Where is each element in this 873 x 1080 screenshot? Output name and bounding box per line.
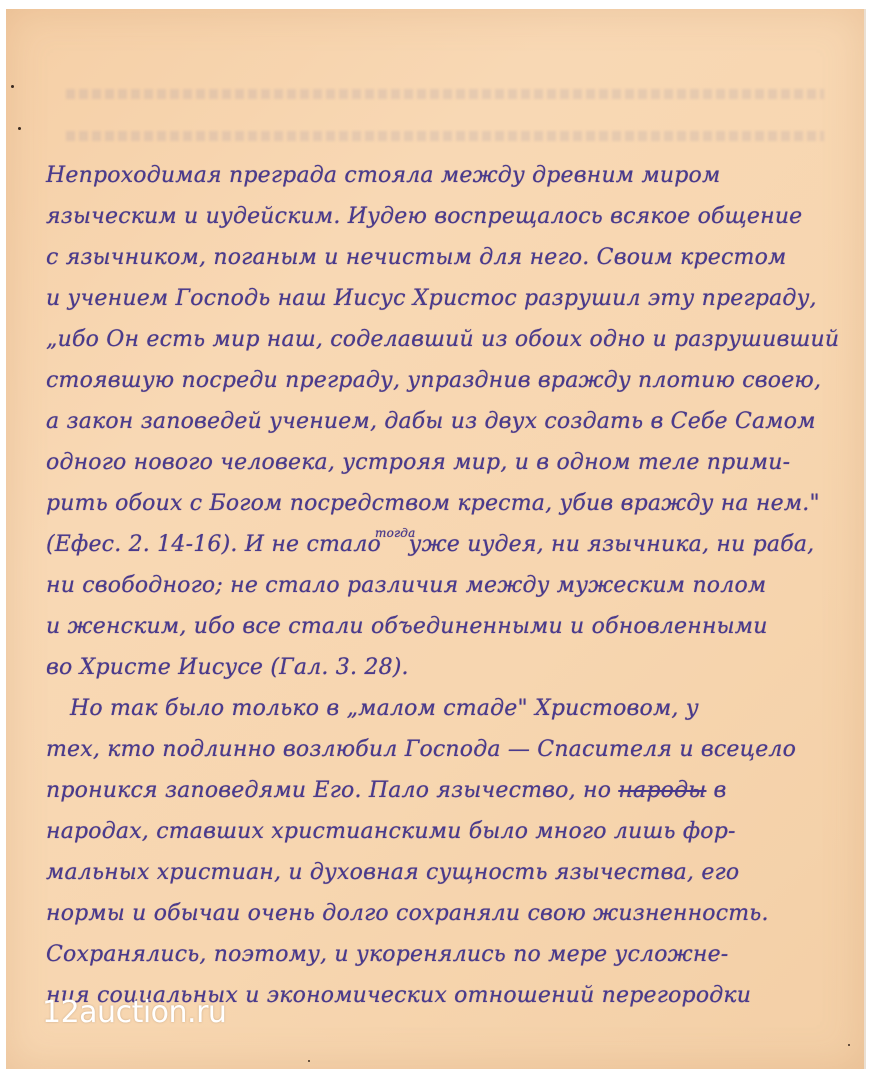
text-line: с язычником, поганым и нечистым для него…	[46, 237, 856, 278]
text-segment: уже иудея, ни язычника, ни раба,	[401, 532, 814, 557]
text-line: во Христе Иисусе (Гал. 3. 28).	[46, 647, 856, 688]
text-line: (Ефес. 2. 14-16). И не сталотогда уже иу…	[46, 524, 856, 565]
text-line: стоявшую посреди преграду, упразднив вра…	[46, 360, 856, 401]
superscript-insertion: тогда	[375, 526, 415, 540]
text-line: и учением Господь наш Иисус Христос разр…	[46, 278, 856, 319]
paper-speck	[18, 127, 21, 130]
text-line: Непроходимая преграда стояла между древн…	[46, 155, 856, 196]
text-line: Сохранялись, поэтому, и укоренялись по м…	[46, 934, 856, 975]
text-line-paragraph-start: Но так было только в „малом стаде" Христ…	[46, 688, 856, 729]
struck-out-word: народы	[618, 778, 706, 803]
text-line: тех, кто подлинно возлюбил Господа — Спа…	[46, 729, 856, 770]
text-segment: проникся заповедями Его. Пало язычество,…	[46, 778, 618, 803]
text-line: а закон заповедей учением, дабы из двух …	[46, 401, 856, 442]
text-line: проникся заповедями Его. Пало язычество,…	[46, 770, 856, 811]
text-line: народах, ставших христианскими было мног…	[46, 811, 856, 852]
text-line: мальных христиан, и духовная сущность яз…	[46, 852, 856, 893]
paper-speck	[848, 1044, 850, 1046]
paper-speck	[11, 85, 14, 88]
bleed-through-ink	[66, 131, 824, 141]
paper-speck	[308, 1060, 310, 1062]
bleed-through-ink	[66, 89, 824, 99]
text-line: одного нового человека, устрояя мир, и в…	[46, 442, 856, 483]
text-line: „ибо Он есть мир наш, соделавший из обои…	[46, 319, 856, 360]
text-line: рить обоих с Богом посредством креста, у…	[46, 483, 856, 524]
manuscript-page: Непроходимая преграда стояла между древн…	[6, 9, 866, 1069]
text-line: ни свободного; не стало различия между м…	[46, 565, 856, 606]
handwritten-text: Непроходимая преграда стояла между древн…	[46, 155, 856, 1016]
text-segment: в	[706, 778, 726, 803]
text-segment: (Ефес. 2. 14-16). И не стало	[46, 532, 381, 557]
text-line: и женским, ибо все стали объединенными и…	[46, 606, 856, 647]
text-line: языческим и иудейским. Иудею воспрещалос…	[46, 196, 856, 237]
text-line: нормы и обычаи очень долго сохраняли сво…	[46, 893, 856, 934]
watermark: 12auction.ru	[42, 995, 226, 1030]
